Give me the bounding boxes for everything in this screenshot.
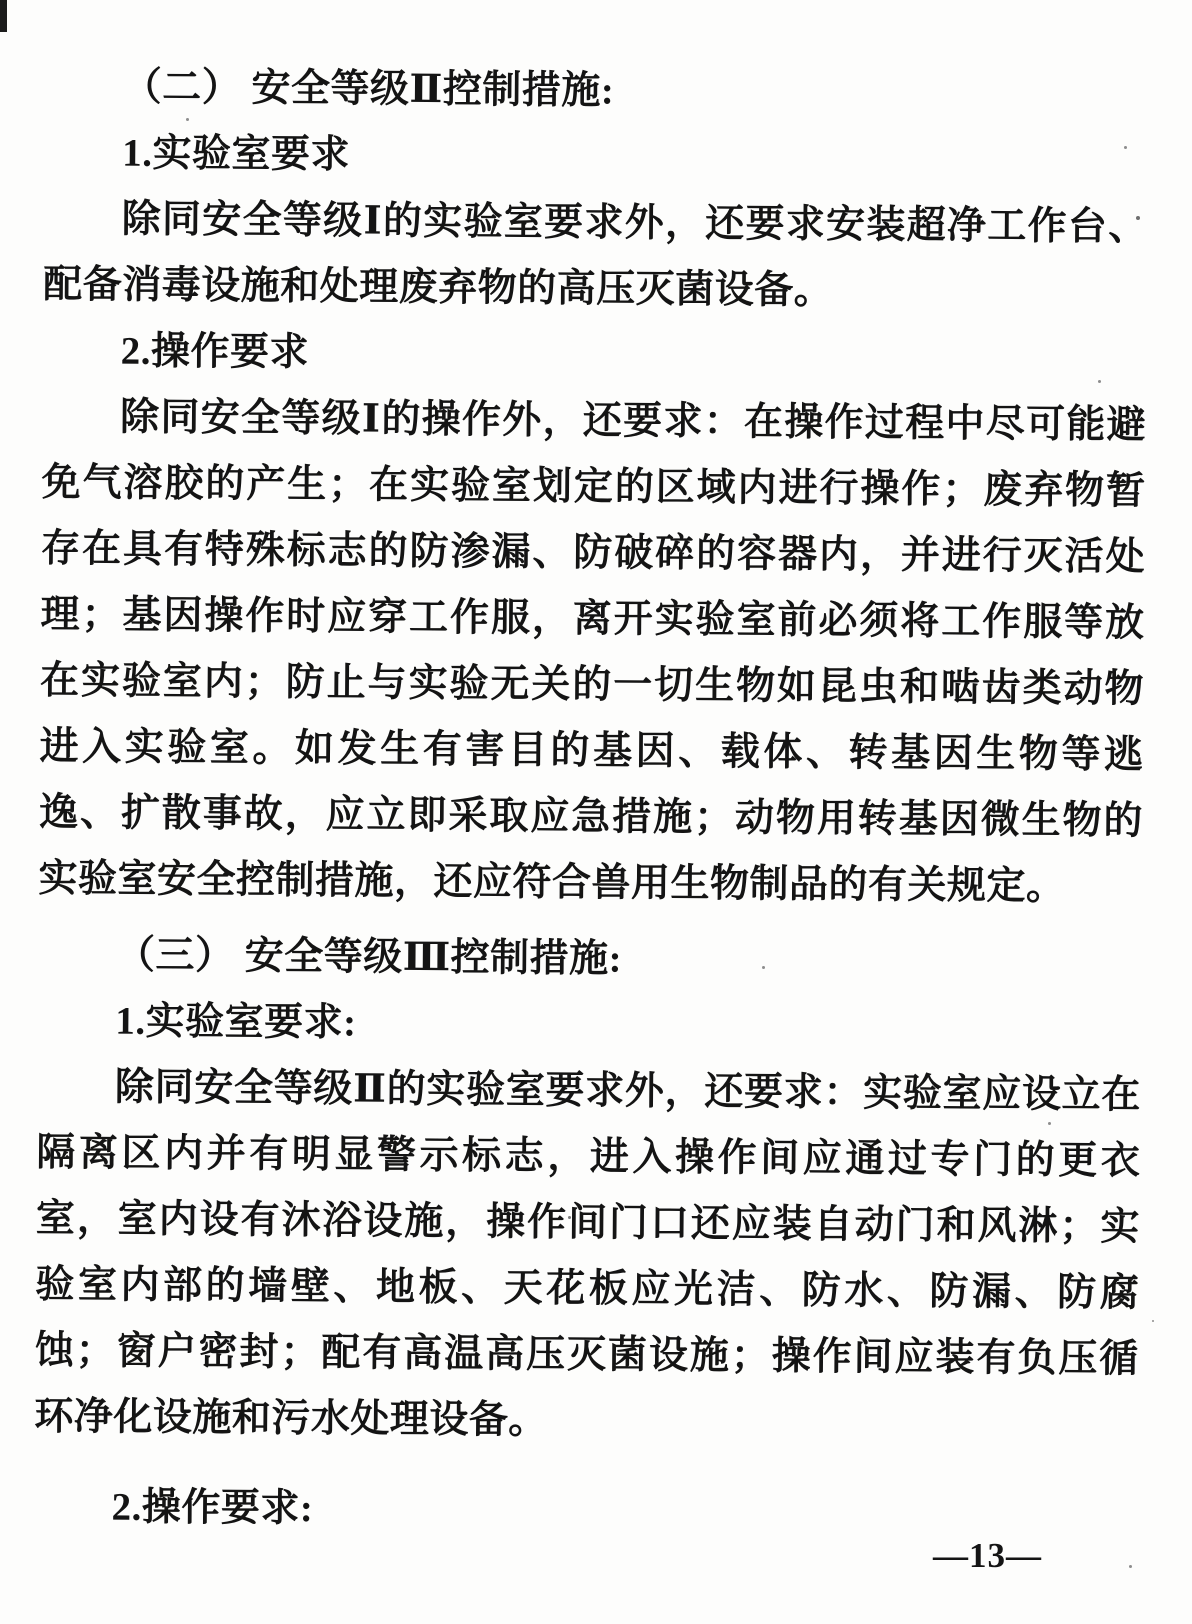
scan-speck (568, 1216, 571, 1219)
scan-speck (1129, 1565, 1132, 1568)
item-heading: 1.实验室要求: (37, 988, 1141, 1063)
section-heading: （二） 安全等级Ⅱ控制措施: (44, 54, 1148, 129)
section-heading: （三） 安全等级Ⅲ控制措施: (38, 922, 1142, 997)
body-paragraph: 除同安全等级Ⅰ的操作外，还要求：在操作过程中尽可能避免气溶胶的产生；在实验室划定… (38, 384, 1146, 921)
scan-edge-mark (0, 0, 7, 32)
scan-speck (107, 1278, 109, 1280)
scan-speck (1136, 216, 1140, 220)
body-paragraph: 除同安全等级Ⅱ的实验室要求外，还要求：实验室应设立在隔离区内并有明显警示标志，进… (34, 1054, 1141, 1459)
scan-speck (186, 118, 189, 121)
scan-speck (1152, 1320, 1154, 1322)
scan-speck (1098, 380, 1101, 383)
scan-speck (1048, 1122, 1051, 1125)
document-page: （二） 安全等级Ⅱ控制措施:1.实验室要求除同安全等级Ⅰ的实验室要求外，还要求安… (0, 0, 1192, 1624)
item-heading: 1.实验室要求 (44, 120, 1148, 195)
page-content: （二） 安全等级Ⅱ控制措施:1.实验室要求除同安全等级Ⅰ的实验室要求外，还要求安… (33, 54, 1149, 1549)
scan-speck (1124, 146, 1127, 149)
page-number: —13— (933, 1536, 1042, 1576)
scan-speck (762, 966, 765, 969)
item-heading: 2.操作要求 (42, 318, 1146, 393)
body-paragraph: 除同安全等级Ⅰ的实验室要求外，还要求安装超净工作台、配备消毒设施和处理废弃物的高… (43, 186, 1148, 327)
